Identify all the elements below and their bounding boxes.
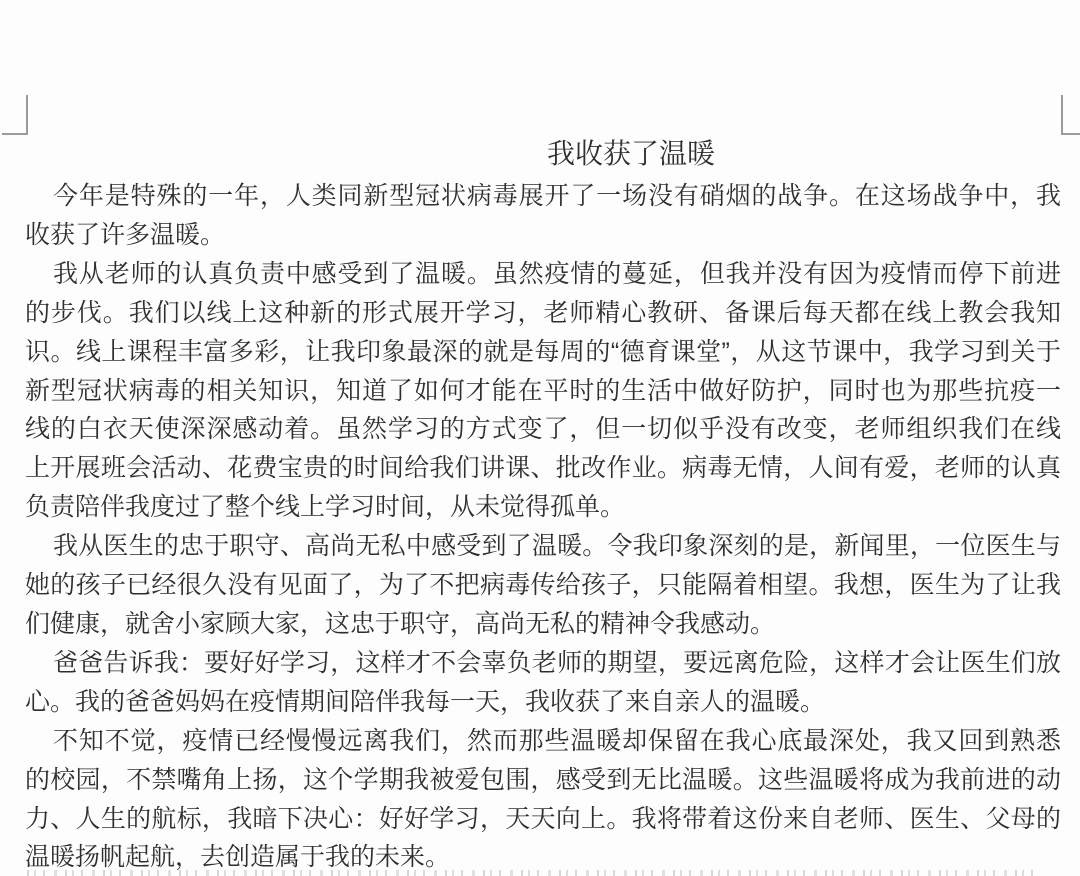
essay-title: 我收获了温暖 [25,131,1061,177]
essay-line: 今年是特殊的一年，人类同新型冠状病毒展开了一场没有硝烟的战争。在这场战争中，我 [25,177,1061,216]
margin-mark-top-right-vertical [1061,95,1063,135]
margin-mark-top-right-horizontal [1061,133,1080,135]
essay-line: 识。线上课程丰富多彩，让我印象最深的就是每周的“德育课堂”，从这节课中，我学习到… [25,333,1061,372]
essay-line: 我从医生的忠于职守、高尚无私中感受到了温暖。令我印象深刻的是，新闻里，一位医生与 [25,527,1061,566]
essay-line: 收获了许多温暖。 [25,216,1061,255]
margin-mark-top-left-vertical [26,95,28,135]
essay-line: 负责陪伴我度过了整个线上学习时间，从未觉得孤单。 [25,488,1061,527]
essay-line: 力、人生的航标，我暗下决心：好好学习，天天向上。我将带着这份来自老师、医生、父母… [25,800,1061,839]
essay-line: 不知不觉，疫情已经慢慢远离我们，然而那些温暖却保留在我心底最深处，我又回到熟悉 [25,722,1061,761]
essay-line: 的步伐。我们以线上这种新的形式展开学习，老师精心教研、备课后每天都在线上教会我知 [25,294,1061,333]
essay-line: 心。我的爸爸妈妈在疫情期间陪伴我每一天，我收获了来自亲人的温暖。 [25,683,1061,722]
essay-line: 新型冠状病毒的相关知识，知道了如何才能在平时的生活中做好防护，同时也为那些抗疫一 [25,372,1061,411]
essay-line: 上开展班会活动、花费宝贵的时间给我们讲课、批改作业。病毒无情，人间有爱，老师的认… [25,449,1061,488]
essay-line: 爸爸告诉我：要好好学习，这样才不会辜负老师的期望，要远离危险，这样才会让医生们放 [25,644,1061,683]
essay-body: 我收获了温暖 今年是特殊的一年，人类同新型冠状病毒展开了一场没有硝烟的战争。在这… [25,131,1061,876]
essay-line: 我从老师的认真负责中感受到了温暖。虽然疫情的蔓延，但我并没有因为疫情而停下前进 [25,255,1061,294]
essay-line: 的校园，不禁嘴角上扬，这个学期我被爱包围，感受到无比温暖。这些温暖将成为我前进的… [25,761,1061,800]
essay-line: 线的白衣天使深深感动着。虽然学习的方式变了，但一切似乎没有改变，老师组织我们在线 [25,410,1061,449]
essay-line: 们健康，就舍小家顾大家，这忠于职守，高尚无私的精神令我感动。 [25,605,1061,644]
essay-line: 她的孩子已经很久没有见面了，为了不把病毒传给孩子，只能隔着相望。我想，医生为了让… [25,566,1061,605]
cutoff-next-line-fragment [27,870,1037,876]
document-page: 我收获了温暖 今年是特殊的一年，人类同新型冠状病毒展开了一场没有硝烟的战争。在这… [0,0,1080,876]
